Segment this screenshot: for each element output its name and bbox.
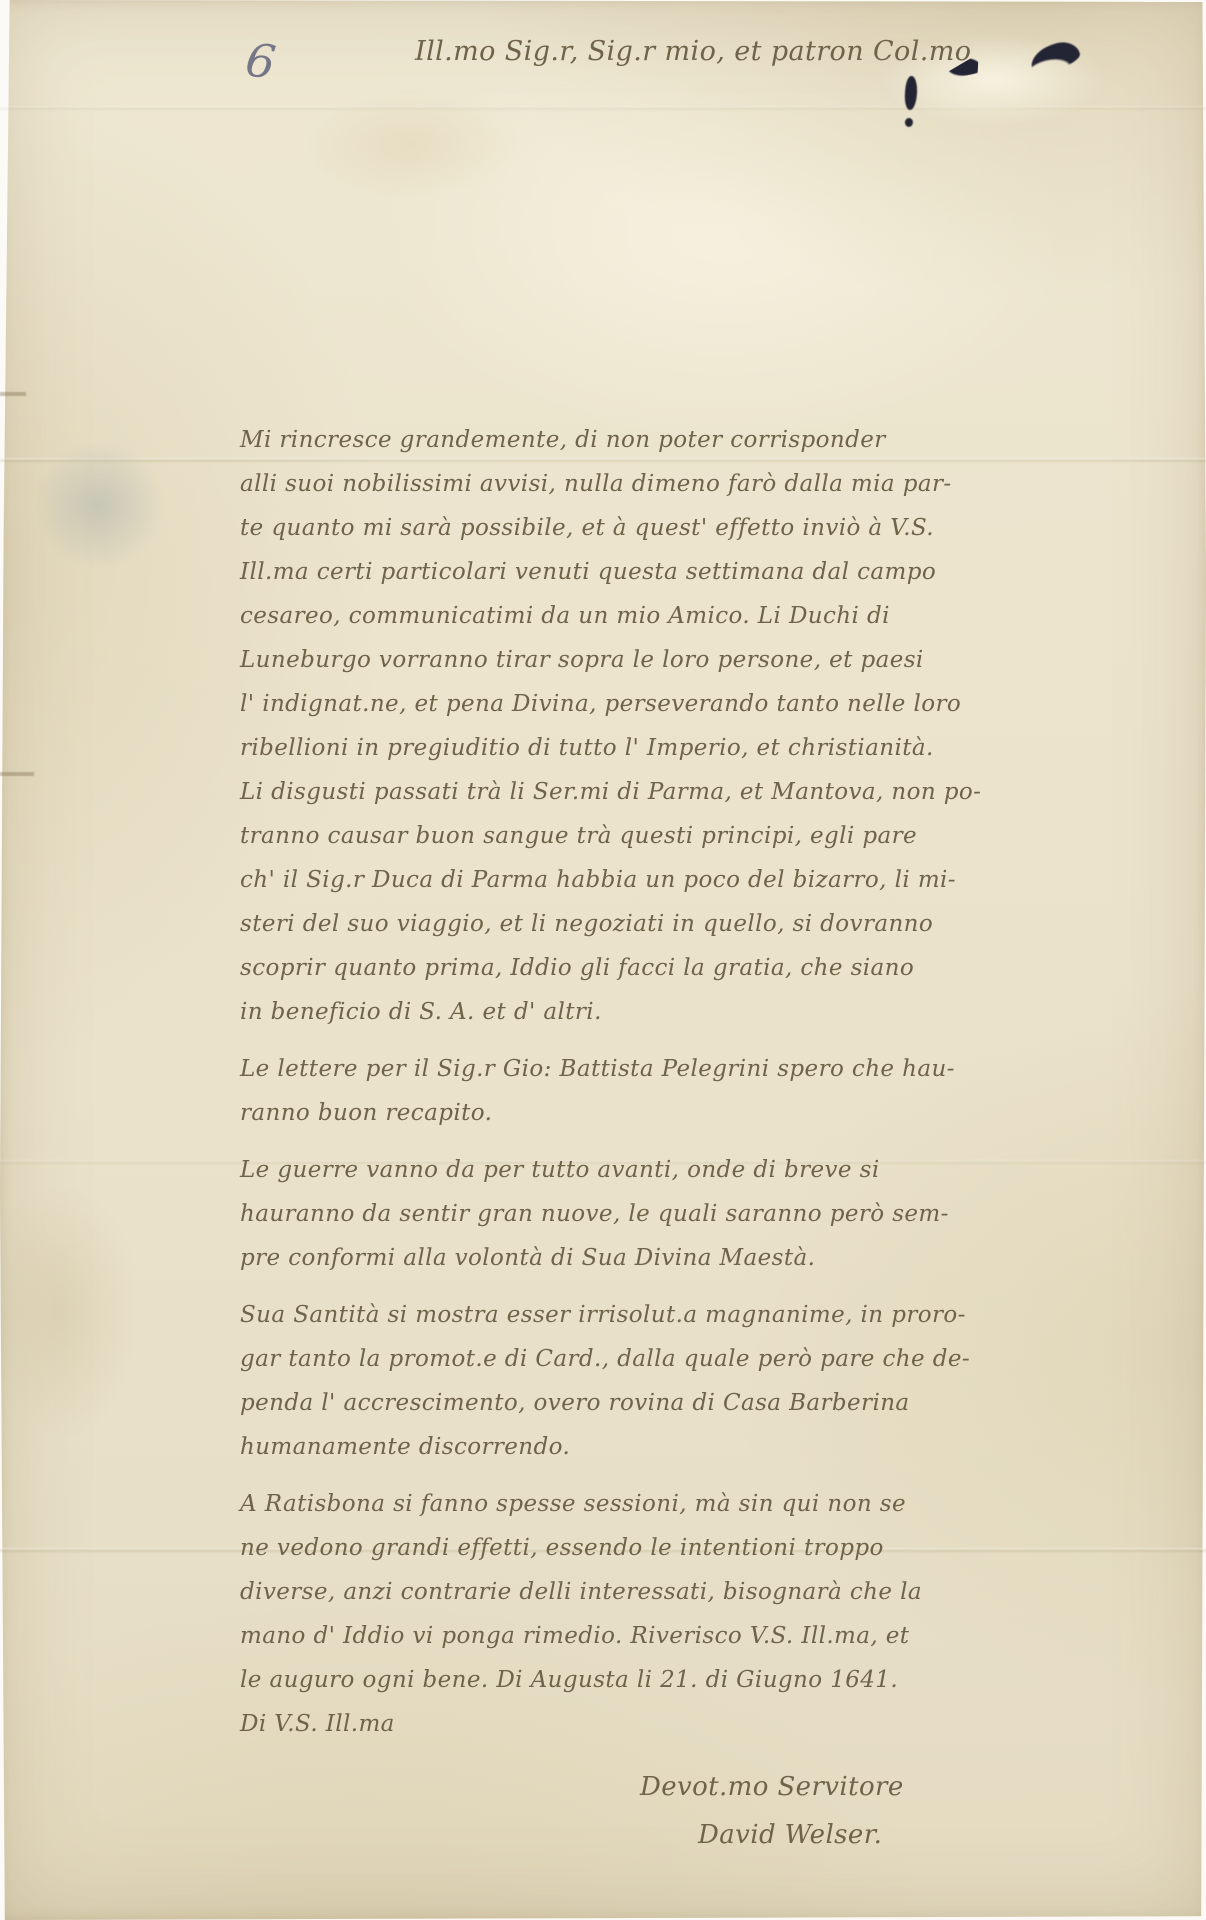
text-line: Sua Santità si mostra esser irrisolut.a … xyxy=(240,1293,980,1337)
text-line: pre conformi alla volontà di Sua Divina … xyxy=(240,1236,980,1280)
paragraph-3: Le guerre vanno da per tutto avanti, ond… xyxy=(240,1148,980,1280)
text-line: penda l' accrescimento, overo rovina di … xyxy=(240,1381,980,1425)
paragraph-2: Le lettere per il Sig.r Gio: Battista Pe… xyxy=(240,1047,980,1135)
fold-edge-mark xyxy=(0,392,26,396)
text-line: ne vedono grandi effetti, essendo le int… xyxy=(240,1526,980,1570)
text-line: l' indignat.ne, et pena Divina, persever… xyxy=(240,682,980,726)
text-line: ribellioni in pregiuditio di tutto l' Im… xyxy=(240,726,980,770)
text-line: le auguro ogni bene. Di Augusta li 21. d… xyxy=(240,1658,980,1702)
text-line: A Ratisbona si fanno spesse sessioni, mà… xyxy=(240,1482,980,1526)
text-line: Di V.S. Ill.ma xyxy=(240,1702,980,1746)
text-line: Le lettere per il Sig.r Gio: Battista Pe… xyxy=(240,1047,980,1091)
letter-body: Mi rincresce grandemente, di non poter c… xyxy=(240,418,980,1746)
paragraph-1: Mi rincresce grandemente, di non poter c… xyxy=(240,418,980,1034)
text-line: cesareo, communicatimi da un mio Amico. … xyxy=(240,594,980,638)
fold-edge-mark xyxy=(0,772,34,776)
salutation: Ill.mo Sig.r, Sig.r mio, et patron Col.m… xyxy=(415,36,971,67)
text-line: Mi rincresce grandemente, di non poter c… xyxy=(240,418,980,462)
signature: David Welser. xyxy=(698,1820,904,1850)
text-line: Luneburgo vorranno tirar sopra le loro p… xyxy=(240,638,980,682)
scanned-letter-page: { "page": { "folio_number": "6", "saluta… xyxy=(0,0,1206,1920)
text-line: steri del suo viaggio, et li negoziati i… xyxy=(240,902,980,946)
text-line: in beneficio di S. A. et d' altri. xyxy=(240,990,980,1034)
text-line: alli suoi nobilissimi avvisi, nulla dime… xyxy=(240,462,980,506)
text-line: diverse, anzi contrarie delli interessat… xyxy=(240,1570,980,1614)
text-line: Ill.ma certi particolari venuti questa s… xyxy=(240,550,980,594)
text-line: mano d' Iddio vi ponga rimedio. Riverisc… xyxy=(240,1614,980,1658)
paragraph-4: Sua Santità si mostra esser irrisolut.a … xyxy=(240,1293,980,1469)
text-line: gar tanto la promot.e di Card., dalla qu… xyxy=(240,1337,980,1381)
signature-block: Devot.mo Servitore David Welser. xyxy=(640,1772,904,1850)
text-line: ranno buon recapito. xyxy=(240,1091,980,1135)
valediction: Devot.mo Servitore xyxy=(640,1772,904,1802)
text-line: tranno causar buon sangue trà questi pri… xyxy=(240,814,980,858)
text-line: te quanto mi sarà possibile, et à quest'… xyxy=(240,506,980,550)
text-line: humanamente discorrendo. xyxy=(240,1425,980,1469)
text-line: ch' il Sig.r Duca di Parma habbia un poc… xyxy=(240,858,980,902)
paragraph-5: A Ratisbona si fanno spesse sessioni, mà… xyxy=(240,1482,980,1746)
text-line: Li disgusti passati trà li Ser.mi di Par… xyxy=(240,770,980,814)
text-line: Le guerre vanno da per tutto avanti, ond… xyxy=(240,1148,980,1192)
text-line: hauranno da sentir gran nuove, le quali … xyxy=(240,1192,980,1236)
text-line: scoprir quanto prima, Iddio gli facci la… xyxy=(240,946,980,990)
